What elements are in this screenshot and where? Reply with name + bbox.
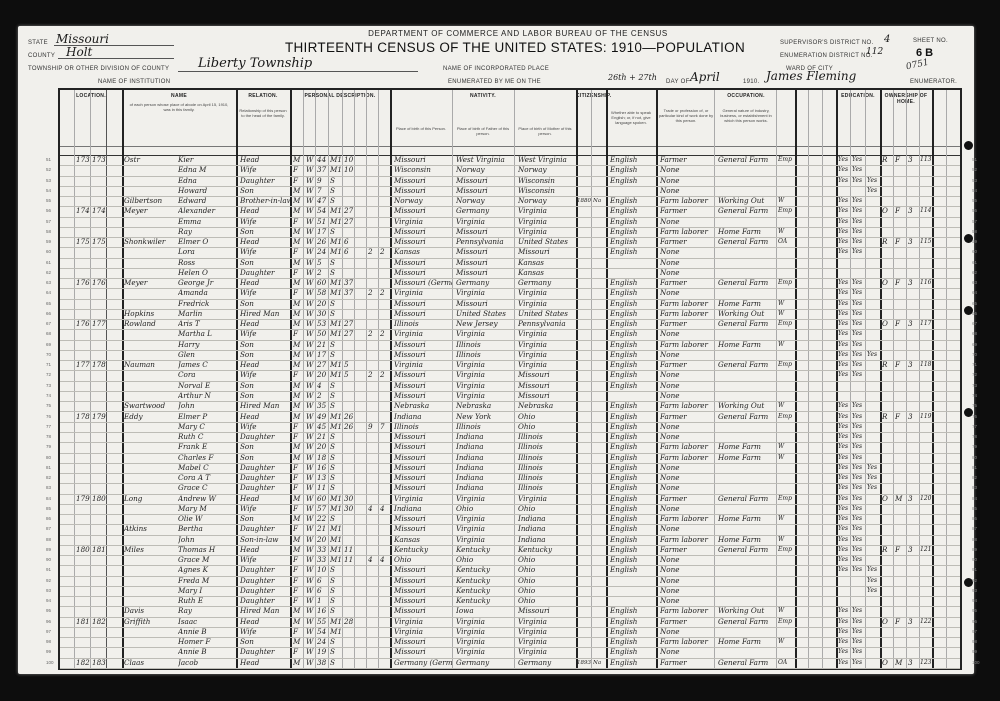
children-living [380,412,390,422]
mother-birthplace: Illinois [518,432,576,442]
relation: Son-in-law [240,535,290,545]
naturalization [593,524,606,534]
industry: Home Farm [718,340,776,350]
month-value: April [690,70,720,84]
marital-status: M1 [330,617,342,627]
archive-stamp: 0751 [905,58,929,73]
naturalization [593,391,606,401]
naturalization [593,237,606,247]
given-name: Cora A T [178,473,234,483]
line-number-right: 71 [972,362,977,367]
family-number [92,196,106,206]
birthplace: Germany (German) [394,658,452,668]
attended-school [867,647,880,657]
race: W [306,535,315,545]
father-birthplace: Virginia [456,288,514,298]
family-number [92,432,106,442]
line-number: 54 [46,188,51,193]
family-number [92,422,106,432]
surname [124,391,178,401]
trade: Farm laborer [660,227,714,237]
sex: M [293,442,303,452]
county-value: Holt [66,45,92,59]
family-number [92,442,106,452]
relation: Head [240,412,290,422]
naturalization [593,504,606,514]
birthplace: Missouri [394,453,452,463]
language: English [610,432,656,442]
children-living [380,627,390,637]
father-birthplace: Kentucky [456,576,514,586]
given-name: John [178,401,234,411]
employer-status [778,473,795,483]
farm-schedule-number [920,514,932,524]
attended-school [867,422,880,432]
given-name: Amanda [178,288,234,298]
sex: M [293,535,303,545]
birthplace: Missouri [394,463,452,473]
language [610,186,656,196]
mother-birthplace: West Virginia [518,155,576,165]
given-name: Howard [178,186,234,196]
line-number-right: 100 [972,660,980,665]
family-number [92,576,106,586]
given-name: Kier [178,155,234,165]
years-married [344,596,354,606]
relation: Son [240,350,290,360]
immigration-year [577,565,591,575]
home-owned-rented [882,258,893,268]
age: 45 [317,422,328,432]
farm-or-house [908,422,919,432]
relation: Wife [240,165,290,175]
mother-birthplace: Virginia [518,329,576,339]
farm-or-house [908,504,919,514]
line-number-right: 52 [972,167,977,172]
father-birthplace: Illinois [456,422,514,432]
children-born: 2 [368,370,378,380]
dwelling-number [76,196,90,206]
given-name: Marlin [178,309,234,319]
dwelling-number [76,442,90,452]
farm-or-house [908,483,919,493]
birthplace: Missouri [394,186,452,196]
free-mortgaged [895,186,906,196]
birthplace: Missouri [394,299,452,309]
line-number: 65 [46,301,51,306]
children-born [368,514,378,524]
farm-schedule-number [920,647,932,657]
race: W [306,463,315,473]
father-birthplace: Missouri [456,258,514,268]
employer-status: W [778,227,795,237]
race: W [306,391,315,401]
naturalization [593,258,606,268]
children-living [380,565,390,575]
naturalization [593,360,606,370]
naturalization [593,186,606,196]
relation: Son [240,514,290,524]
race: W [306,606,315,616]
marital-status: M1 [330,412,342,422]
attended-school [867,514,880,524]
line-number-right: 96 [972,619,977,624]
birthplace: Kentucky [394,545,452,555]
dwelling-number [76,401,90,411]
given-name: Frank E [178,442,234,452]
mother-birthplace: Virginia [518,627,576,637]
children-living [380,545,390,555]
immigration-year [577,391,591,401]
home-owned-rented [882,186,893,196]
industry [718,288,776,298]
language: English [610,555,656,565]
free-mortgaged [895,381,906,391]
trade: None [660,288,714,298]
sex: M [293,196,303,206]
father-birthplace: Kentucky [456,545,514,555]
father-birthplace: Missouri [456,227,514,237]
mother-birthplace: Virginia [518,647,576,657]
free-mortgaged [895,258,906,268]
sex: F [293,329,303,339]
day-of-label: DAY OF [666,79,690,85]
marital-status: S [330,606,342,616]
free-mortgaged [895,442,906,452]
age: 44 [317,155,328,165]
birthplace: Missouri [394,473,452,483]
given-name: Mary M [178,504,234,514]
children-living: 4 [380,504,390,514]
age: 21 [317,524,328,534]
birthplace: Missouri [394,442,452,452]
immigration-year [577,319,591,329]
sex: F [293,370,303,380]
sex: F [293,555,303,565]
farm-or-house [908,247,919,257]
family-number: 173 [92,155,106,165]
can-write: Yes [852,494,865,504]
family-number [92,401,106,411]
industry: General Farm [718,658,776,668]
mother-birthplace: Virginia [518,340,576,350]
father-birthplace: Virginia [456,514,514,524]
farm-schedule-number [920,227,932,237]
can-write: Yes [852,176,865,186]
years-married: 30 [344,494,354,504]
line-number: 73 [46,383,51,388]
farm-or-house: 3 [908,360,919,370]
years-married [344,381,354,391]
can-write [852,258,865,268]
father-birthplace: New Jersey [456,319,514,329]
can-write: Yes [852,565,865,575]
language: English [610,637,656,647]
birthplace: Missouri [394,391,452,401]
free-mortgaged [895,217,906,227]
family-number: 177 [92,319,106,329]
line-number-right: 72 [972,372,977,377]
language: English [610,606,656,616]
attended-school [867,340,880,350]
home-owned-rented [882,504,893,514]
sex: F [293,165,303,175]
employer-status [778,176,795,186]
sex: M [293,637,303,647]
naturalization [593,165,606,175]
farm-schedule-number [920,309,932,319]
given-name: Grace M [178,555,234,565]
birthplace: Missouri [394,370,452,380]
employer-status [778,524,795,534]
trade: Farm laborer [660,637,714,647]
farm-or-house: 3 [908,237,919,247]
attended-school [867,555,880,565]
children-born [368,237,378,247]
trade: None [660,370,714,380]
trade: None [660,268,714,278]
can-write: Yes [852,288,865,298]
line-number-right: 75 [972,403,977,408]
trade: None [660,576,714,586]
birthplace: Missouri [394,637,452,647]
mother-birthplace: Norway [518,196,576,206]
trade: None [660,258,714,268]
given-name: James C [178,360,234,370]
race: W [306,370,315,380]
trade: None [660,381,714,391]
children-living: 7 [380,422,390,432]
table-row: 100 182 183 Claas Jacob Head M W 38 S Ge… [60,658,960,669]
farm-schedule-number [920,329,932,339]
language: English [610,535,656,545]
name-description: of each person whose place of abode on A… [126,102,232,112]
family-number [92,524,106,534]
mother-birthplace: Missouri [518,370,576,380]
language: English [610,196,656,206]
children-born: 2 [368,247,378,257]
dwelling-number [76,627,90,637]
race: W [306,360,315,370]
line-number-right: 86 [972,516,977,521]
surname [124,165,178,175]
free-mortgaged [895,637,906,647]
can-write: Yes [852,217,865,227]
surname [124,596,178,606]
sex: F [293,247,303,257]
mother-birthplace: United States [518,237,576,247]
immigration-year [577,278,591,288]
marital-status: S [330,176,342,186]
father-birthplace: Virginia [456,370,514,380]
father-birthplace: Missouri [456,247,514,257]
dwelling-number: 176 [76,319,90,329]
can-read: Yes [838,483,850,493]
sex: M [293,350,303,360]
trade: None [660,463,714,473]
farm-or-house [908,463,919,473]
attended-school [867,165,880,175]
farm-schedule-number: 117 [920,319,932,329]
language: English [610,227,656,237]
given-name: Alexander [178,206,234,216]
naturalization [593,494,606,504]
birthplace: Missouri [394,576,452,586]
industry: Home Farm [718,535,776,545]
marital-status: S [330,586,342,596]
farm-schedule-number [920,463,932,473]
sex: M [293,278,303,288]
given-name: Cora [178,370,234,380]
marital-status: S [330,268,342,278]
years-married [344,442,354,452]
line-number: 89 [46,547,51,552]
family-number [92,247,106,257]
line-number: 76 [46,414,51,419]
trade: Farm laborer [660,299,714,309]
children-living [380,617,390,627]
dwelling-number [76,381,90,391]
language: English [610,647,656,657]
age: 54 [317,627,328,637]
can-read: Yes [838,545,850,555]
line-number: 79 [46,444,51,449]
can-read: Yes [838,176,850,186]
dwelling-number [76,268,90,278]
attended-school: Yes [867,473,880,483]
trade: None [660,391,714,401]
home-owned-rented [882,299,893,309]
father-birthplace: Norway [456,196,514,206]
farm-schedule-number [920,535,932,545]
surname [124,442,178,452]
employer-status: OA [778,237,795,247]
attended-school [867,268,880,278]
given-name: Olie W [178,514,234,524]
employer-status [778,247,795,257]
state-value: Missouri [56,32,109,46]
attended-school [867,299,880,309]
relation: Daughter [240,524,290,534]
years-married [344,535,354,545]
marital-status: M1 [330,329,342,339]
naturalization [593,555,606,565]
immigration-year [577,514,591,524]
birthplace: Illinois [394,422,452,432]
father-birthplace: Indiana [456,453,514,463]
employer-status [778,391,795,401]
employer-status: Emp [778,155,795,165]
age: 17 [317,227,328,237]
family-number [92,627,106,637]
group-nativity: NATIVITY. [390,93,576,99]
can-read [838,186,850,196]
family-number [92,329,106,339]
line-number: 81 [46,465,51,470]
naturalization [593,155,606,165]
line-number: 52 [46,167,51,172]
immigration-year [577,247,591,257]
father-birthplace: Virginia [456,535,514,545]
immigration-year [577,370,591,380]
language: English [610,422,656,432]
naturalization [593,329,606,339]
race: W [306,576,315,586]
age: 20 [317,299,328,309]
farm-or-house [908,453,919,463]
free-mortgaged [895,288,906,298]
years-married: 6 [344,237,354,247]
can-write: Yes [852,206,865,216]
trade: None [660,586,714,596]
family-number: 183 [92,658,106,668]
dwelling-number [76,299,90,309]
naturalization [593,627,606,637]
farm-or-house [908,586,919,596]
home-owned-rented [882,555,893,565]
given-name: Mary C [178,422,234,432]
farm-schedule-number: 121 [920,545,932,555]
years-married: 26 [344,422,354,432]
father-birthplace: Virginia [456,217,514,227]
line-number: 80 [46,455,51,460]
free-mortgaged [895,647,906,657]
line-number: 98 [46,639,51,644]
marital-status: M1 [330,155,342,165]
trade: None [660,350,714,360]
age: 54 [317,206,328,216]
can-write: Yes [852,237,865,247]
line-number: 78 [46,434,51,439]
immigration-year [577,453,591,463]
children-living [380,596,390,606]
line-number: 95 [46,608,51,613]
children-born [368,627,378,637]
given-name: Annie B [178,627,234,637]
years-married [344,576,354,586]
free-mortgaged [895,463,906,473]
free-mortgaged [895,483,906,493]
employer-status [778,329,795,339]
sex: F [293,565,303,575]
children-born [368,483,378,493]
can-read: Yes [838,309,850,319]
line-number: 63 [46,280,51,285]
sex: M [293,340,303,350]
immigration-year [577,237,591,247]
given-name: Ross [178,258,234,268]
surname [124,268,178,278]
attended-school [867,319,880,329]
children-living [380,524,390,534]
children-living [380,278,390,288]
farm-or-house [908,381,919,391]
farm-or-house [908,165,919,175]
years-married [344,586,354,596]
line-number: 53 [46,178,51,183]
marital-status: M1 [330,165,342,175]
children-living [380,463,390,473]
dwelling-number [76,565,90,575]
industry [718,627,776,637]
mother-birthplace: Illinois [518,453,576,463]
dwelling-number [76,647,90,657]
line-number: 86 [46,516,51,521]
birthplace: Missouri [394,483,452,493]
home-owned-rented [882,217,893,227]
trade: None [660,555,714,565]
race: W [306,453,315,463]
